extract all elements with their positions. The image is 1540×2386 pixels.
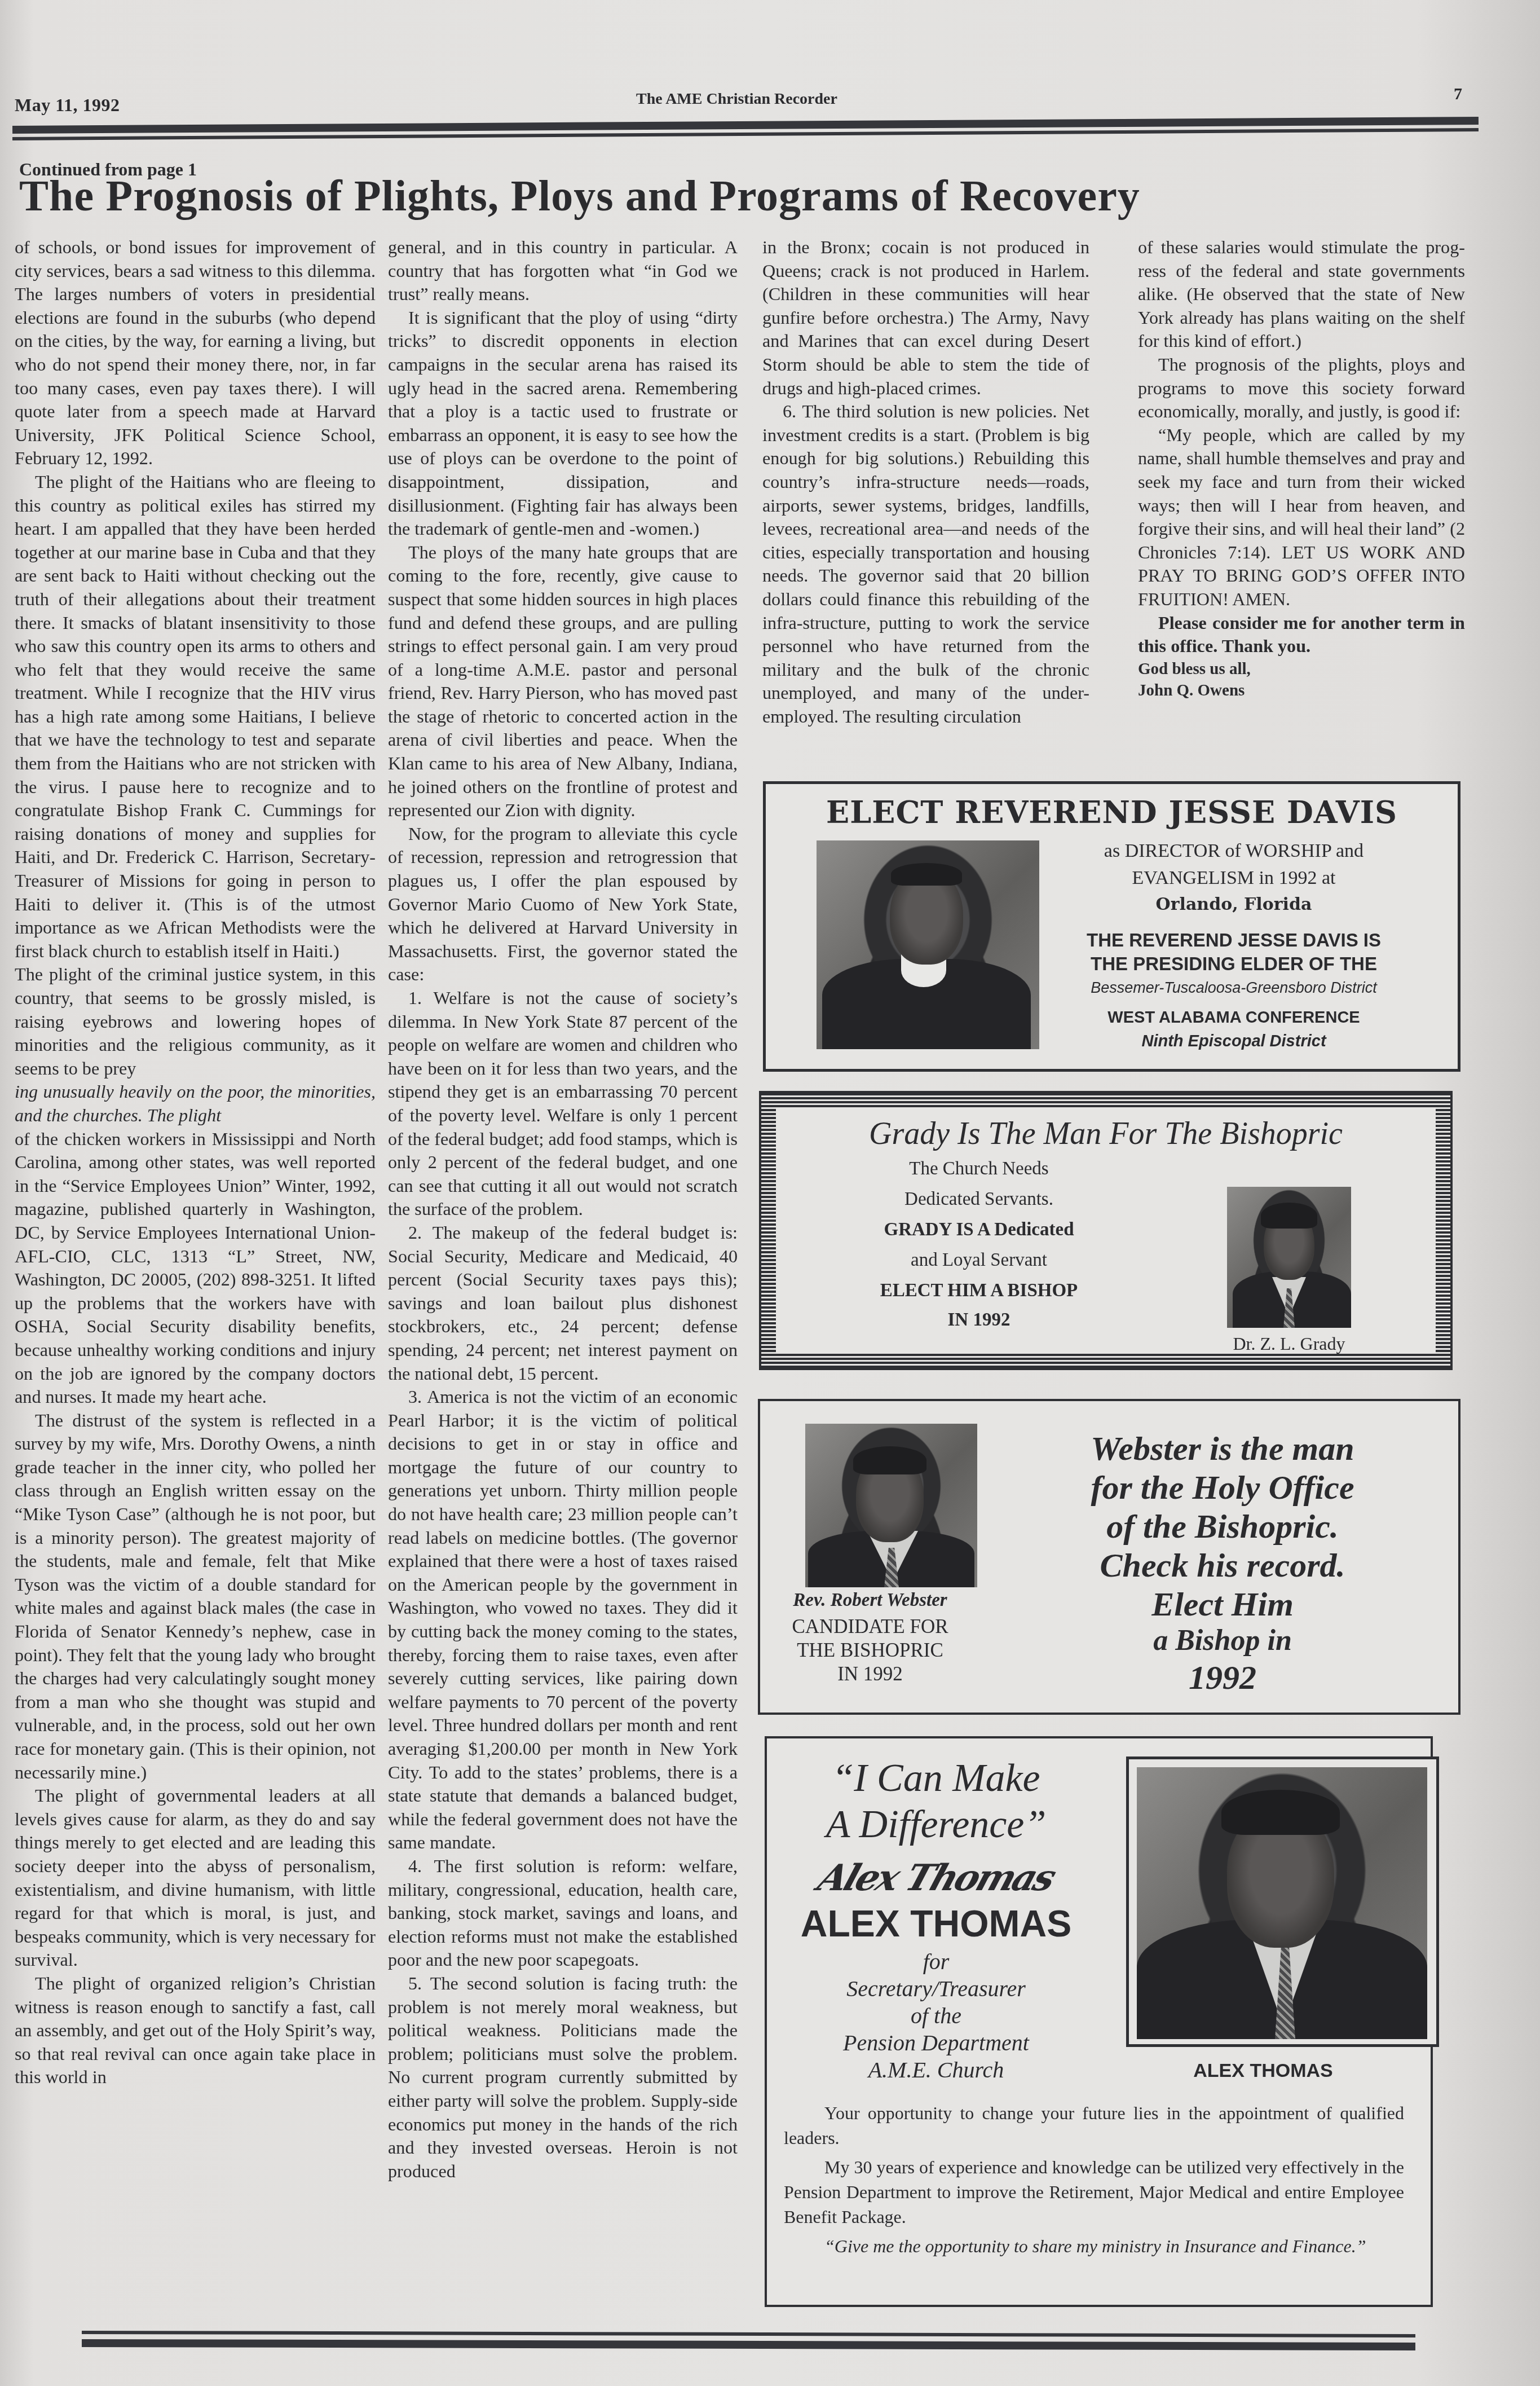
ad-district: Bessemer-Tuscaloosa-Greensboro District [1036,979,1431,997]
ad-quote: “I Can Make A Difference” [778,1755,1094,1848]
paragraph: general, and in this country in particul… [388,236,738,306]
ad-line: ELECT HIM A BISHOP [844,1280,1114,1301]
photo-caption: ALEX THOMAS [1105,2060,1421,2082]
paragraph: Now, for the program to alleviate this c… [388,822,738,987]
ad-webster: Rev. Robert Webster CANDIDATE FOR THE BI… [758,1399,1460,1715]
candidate-name: ALEX THOMAS [778,1902,1094,1945]
ad-location: Orlando, Florida [1036,895,1431,914]
paragraph: The plight of governmental leaders at al… [15,1784,376,1972]
ad-line: GRADY IS A Dedicated [844,1220,1114,1240]
ad-line: THE PRESIDING ELDER OF THE [1036,953,1431,975]
paragraph: in the Bronx; cocain is not produced in … [762,236,1089,400]
paragraph: of schools, or bond issues for improveme… [15,236,376,470]
list-item: 3. America is not the victim of an eco­n… [388,1385,738,1855]
signoff: God bless us all, [1138,658,1465,680]
paragraph-italic: ing unusually heavily on the poor, the m… [15,1080,376,1127]
ad-line: The Church Needs [844,1159,1114,1179]
paragraph: of these salaries would stimulate the pr… [1138,236,1465,353]
list-item: 2. The makeup of the federal budget is: … [388,1221,738,1385]
photo-hair [1221,1790,1340,1835]
article-column-4: of these salaries would stimulate the pr… [1138,236,1465,701]
issue-date: May 11, 1992 [15,95,120,116]
scripture-quote: “My people, which are called by my name,… [1138,424,1465,611]
newspaper-page: May 11, 1992 The AME Christian Recorder … [0,0,1540,2386]
slogan-line: 1992 [1025,1658,1420,1697]
paragraph: It is significant that the ploy of using… [388,306,738,541]
slogan-line: a Bishop in [1025,1621,1420,1660]
ad-grady: Grady Is The Man For The Bishopric The C… [761,1093,1450,1368]
ad-line: THE REVEREND JESSE DAVIS IS [1036,930,1431,951]
footer-rule-thin [82,2331,1415,2337]
ad-title: Grady Is The Man For The Bishopric [776,1116,1436,1152]
ad-line: and Loyal Servant [844,1250,1114,1271]
author-name: John Q. Owens [1138,680,1465,701]
ad-line: IN 1992 [844,1310,1114,1331]
photo-hair [891,863,962,886]
portrait-photo [817,840,1039,1049]
candidate-name: Rev. Robert Webster [777,1590,963,1611]
slogan-line: Elect Him [1025,1585,1420,1624]
slogan-line: for the Holy Office [1025,1468,1420,1507]
slogan-line: of the Bishopric. [1025,1507,1420,1546]
ad-title: ELECT REVEREND JESSE DAVIS [766,794,1458,830]
ad-body-quote: “Give me the opportunity to share my min… [784,2234,1404,2259]
ad-line: EVANGELISM in 1992 at [1036,868,1431,889]
ad-jesse-davis: ELECT REVEREND JESSE DAVIS as DIRECTOR o… [763,781,1460,1072]
role-line: A.M.E. Church [778,2057,1094,2083]
paragraph: The plight of organized religion’s Chris… [15,1972,376,2089]
slogan-line: Check his record. [1025,1546,1420,1585]
article-headline: The Prognosis of Plights, Ploys and Prog… [19,170,1440,221]
quote-line: “I Can Make [832,1757,1040,1800]
footer-rule-thick [82,2339,1415,2350]
paragraph: The plight of the criminal justice sys­t… [15,964,376,1078]
ad-alex-thomas: “I Can Make A Difference” Alex Thomas AL… [765,1736,1433,2307]
ad-episcopal-district: Ninth Episcopal District [1036,1032,1431,1051]
slogan-line: Webster is the man [1025,1429,1420,1468]
ad-line: Dedicated Servants. [844,1189,1114,1210]
paragraph: The distrust of the system is reflected … [15,1409,376,1785]
ad-line: CANDIDATE FOR [777,1615,963,1638]
photo-hair [1261,1203,1317,1229]
portrait-photo [805,1424,977,1587]
list-item: 5. The second solution is facing truth: … [388,1972,738,2183]
role-line: Pension Department [778,2030,1094,2056]
list-item: 1. Welfare is not the cause of society’s… [388,987,738,1221]
portrait-photo [1227,1187,1351,1328]
photo-hair [853,1446,926,1474]
role-line: Secretary/Treasurer [778,1975,1094,2002]
photo-caption: Dr. Z. L. Grady [1204,1333,1374,1354]
list-item: 4. The first solution is reform: welfare… [388,1855,738,1972]
paragraph: The ploys of the many hate groups that a… [388,541,738,822]
paragraph: The plight of the Haitians who are flee­… [15,470,376,963]
article-column-3: in the Bronx; cocain is not produced in … [762,236,1089,728]
paragraph: The prognosis of the plights, ploys and … [1138,353,1465,424]
ad-body-paragraph: My 30 years of experience and knowledge … [784,2155,1404,2229]
ad-body-paragraph: Your opportunity to change your future l… [784,2101,1404,2150]
ad-line: THE BISHOPRIC [777,1639,963,1662]
portrait-frame [1126,1757,1439,2047]
quote-line: A Difference” [826,1803,1047,1846]
signature: Alex Thomas [783,1857,1089,1899]
portrait-photo [1137,1767,1427,2039]
ad-conference: WEST ALABAMA CONFERENCE [1036,1009,1431,1027]
list-item: 6. The third solution is new policies. N… [762,400,1089,728]
page-number: 7 [1454,85,1462,104]
article-column-2: general, and in this country in particul… [388,236,738,2183]
publication-name: The AME Christian Recorder [636,90,837,108]
paragraph: of the chicken workers in Mississippi an… [15,1128,376,1409]
ad-line: IN 1992 [777,1663,963,1685]
role-line: for [778,1948,1094,1975]
ad-line: as DIRECTOR of WORSHIP and [1036,840,1431,862]
role-line: of the [778,2002,1094,2029]
closing-request: Please consider me for another term in t… [1138,611,1465,658]
article-column-1: of schools, or bond issues for improveme… [15,236,376,2089]
